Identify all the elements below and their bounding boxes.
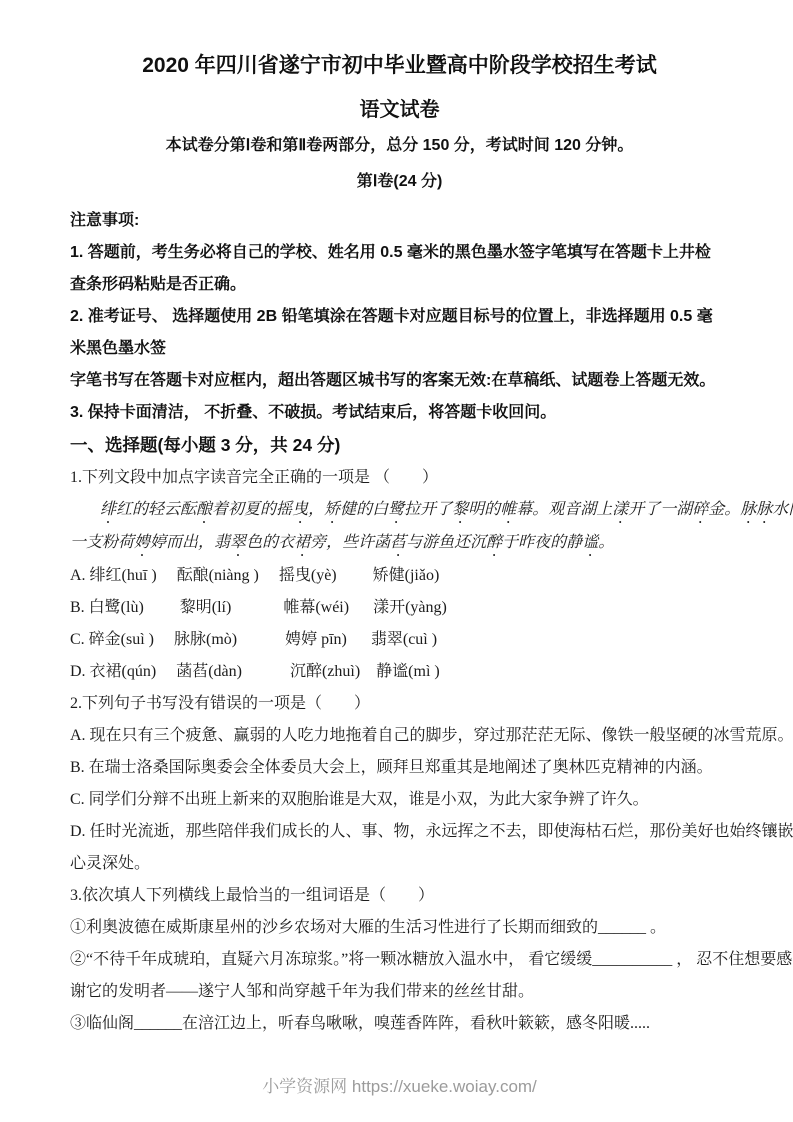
exam-paper-page: 2020 年四川省遂宁市初中毕业暨高中阶段学校招生考试 语文试卷 本试卷分第Ⅰ卷… <box>0 0 793 1122</box>
emphasized-char: 谧 <box>582 534 598 551</box>
emphasized-char: 碎 <box>692 501 708 518</box>
passage-text: 与游鱼还沉 <box>406 534 486 551</box>
subject-title: 语文试卷 <box>70 96 729 124</box>
passage-text: 婷而出，翡 <box>150 534 230 551</box>
question-3-stem: 3.依次填人下列横线上最恰当的一组词语是（ ） <box>70 880 729 912</box>
passage-line: 一支粉荷娉婷而出，翡翠色的衣裙旁，些许菡萏与游鱼还沉醉于昨夜的静谧。 <box>70 527 729 560</box>
text-line: D. 衣裙(qún) 菡萏(dàn) 沉醉(zhuì) 静谧(mì ) <box>70 656 729 688</box>
emphasized-char: 醉 <box>486 534 502 551</box>
passage-text: 红的轻云酝 <box>116 501 196 518</box>
text-line: B. 白鹭(lù) 黎明(lí) 帷幕(wéi) 漾开(yàng) <box>70 592 729 624</box>
emphasized-char: 鹭 <box>388 501 404 518</box>
watermark-footer: 小学资源网 https://xueke.woiay.com/ <box>70 1072 729 1097</box>
passage-text: 着初夏的摇 <box>212 501 292 518</box>
text-line: 1. 答题前，考生务必将自己的学校、姓名用 0.5 毫米的黑色墨水签字笔填写在答… <box>70 237 729 269</box>
text-line: 2. 准考证号、 选择题使用 2B 铅笔填涂在答题卡对应题目标号的位置上，非选择… <box>70 301 729 333</box>
passage-text: 。 <box>598 534 614 551</box>
passage-text: 幕。观音湖上 <box>516 501 612 518</box>
question-3-items: ①利奥波德在威斯康星州的沙乡农场对大雁的生活习性进行了长期而细致的______ … <box>70 912 729 1040</box>
passage-text: ， <box>308 501 324 518</box>
emphasized-char: 翠 <box>230 534 246 551</box>
emphasized-char: 漾 <box>612 501 628 518</box>
emphasized-char: 酿 <box>196 501 212 518</box>
emphasized-char: 萏 <box>390 534 406 551</box>
emphasized-char: 娉 <box>134 534 150 551</box>
question-1-passage: 绯红的轻云酝酿着初夏的摇曳，矫健的白鹭拉开了黎明的帷幕。观音湖上漾开了一湖碎金。… <box>70 494 729 560</box>
text-line: A. 绯红(huī ) 酝酿(niàng ) 摇曳(yè) 矫健(jiǎo) <box>70 560 729 592</box>
text-line: 字笔书写在答题卡对应框内，超出答题区城书写的客案无效:在草稿纸、试题卷上答题无效… <box>70 365 729 397</box>
passage-text: 于昨夜的静 <box>502 534 582 551</box>
passage-text: 水间， <box>772 501 793 518</box>
text-line: B. 在瑞士洛桑国际奥委会全体委员大会上，顾拜旦郑重其是地阐述了奥林匹克精神的内… <box>70 752 729 784</box>
exam-title: 2020 年四川省遂宁市初中毕业暨高中阶段学校招生考试 <box>70 52 729 80</box>
passage-text: 金。 <box>708 501 740 518</box>
section-one-heading: 一、选择题(每小题 3 分，共 24 分) <box>70 429 729 462</box>
emphasized-char: 脉脉 <box>740 501 772 518</box>
passage-text: 一支粉荷 <box>70 534 134 551</box>
question-1-options: A. 绯红(huī ) 酝酿(niàng ) 摇曳(yè) 矫健(jiǎo)B.… <box>70 560 729 688</box>
text-line: ③临仙阁______在涪江边上，听春鸟啾啾，嗅莲香阵阵，看秋叶簌簌，感冬阳暖..… <box>70 1008 729 1040</box>
passage-text: 拉开了 <box>404 501 452 518</box>
part-one-heading: 第Ⅰ卷(24 分) <box>70 170 729 194</box>
passage-text: 开了一湖 <box>628 501 692 518</box>
text-line: ②“不待千年成琥珀，直疑六月冻琼浆。”将一颗冰糖放入温水中， 看它缓缓_____… <box>70 944 729 976</box>
text-line: 谢它的发明者——遂宁人邹和尚穿越千年为我们带来的丝丝甘甜。 <box>70 976 729 1008</box>
passage-text: 旁，些许菡 <box>310 534 390 551</box>
emphasized-char: 帷 <box>500 501 516 518</box>
passage-text: 色的衣 <box>246 534 294 551</box>
emphasized-char: 绯 <box>100 501 116 518</box>
text-line: 查条形码粘贴是否正确。 <box>70 269 729 301</box>
question-1-stem: 1.下列文段中加点字读音完全正确的一项是 （ ） <box>70 462 729 494</box>
text-line: C. 碎金(suì ) 脉脉(mò) 娉婷 pīn) 翡翠(cuì ) <box>70 624 729 656</box>
paper-info: 本试卷分第Ⅰ卷和第Ⅱ卷两部分，总分 150 分，考试时间 120 分钟。 <box>70 134 729 158</box>
question-2-stem: 2.下列句子书写没有错误的一项是（ ） <box>70 688 729 720</box>
emphasized-char: 裙 <box>294 534 310 551</box>
passage-text: 明的 <box>468 501 500 518</box>
notice-heading: 注意事项: <box>70 205 729 237</box>
text-line: A. 现在只有三个疲惫、赢弱的人吃力地拖着自己的脚步，穿过那茫茫无际、像铁一般坚… <box>70 720 729 752</box>
text-line: ①利奥波德在威斯康星州的沙乡农场对大雁的生活习性进行了长期而细致的______ … <box>70 912 729 944</box>
emphasized-char: 矫 <box>324 501 340 518</box>
question-2-options: A. 现在只有三个疲惫、赢弱的人吃力地拖着自己的脚步，穿过那茫茫无际、像铁一般坚… <box>70 720 729 880</box>
text-line: D. 任时光流逝，那些陪伴我们成长的人、事、物，永远挥之不去，即使海枯石烂，那份… <box>70 816 729 848</box>
emphasized-char: 曳 <box>292 501 308 518</box>
emphasized-char: 黎 <box>452 501 468 518</box>
text-line: C. 同学们分辩不出班上新来的双胞胎谁是大双，谁是小双，为此大家争辨了许久。 <box>70 784 729 816</box>
passage-text: 健的白 <box>340 501 388 518</box>
notice-items: 1. 答题前，考生务必将自己的学校、姓名用 0.5 毫米的黑色墨水签字笔填写在答… <box>70 237 729 429</box>
text-line: 米黑色墨水签 <box>70 333 729 365</box>
watermark-text: 小学资源网 https://xueke.woiay.com/ <box>262 1077 537 1096</box>
passage-line: 绯红的轻云酝酿着初夏的摇曳，矫健的白鹭拉开了黎明的帷幕。观音湖上漾开了一湖碎金。… <box>70 494 729 527</box>
text-line: 3. 保持卡面清洁， 不折叠、不破损。考试结束后，将答题卡收回问。 <box>70 397 729 429</box>
text-line: 心灵深处。 <box>70 848 729 880</box>
